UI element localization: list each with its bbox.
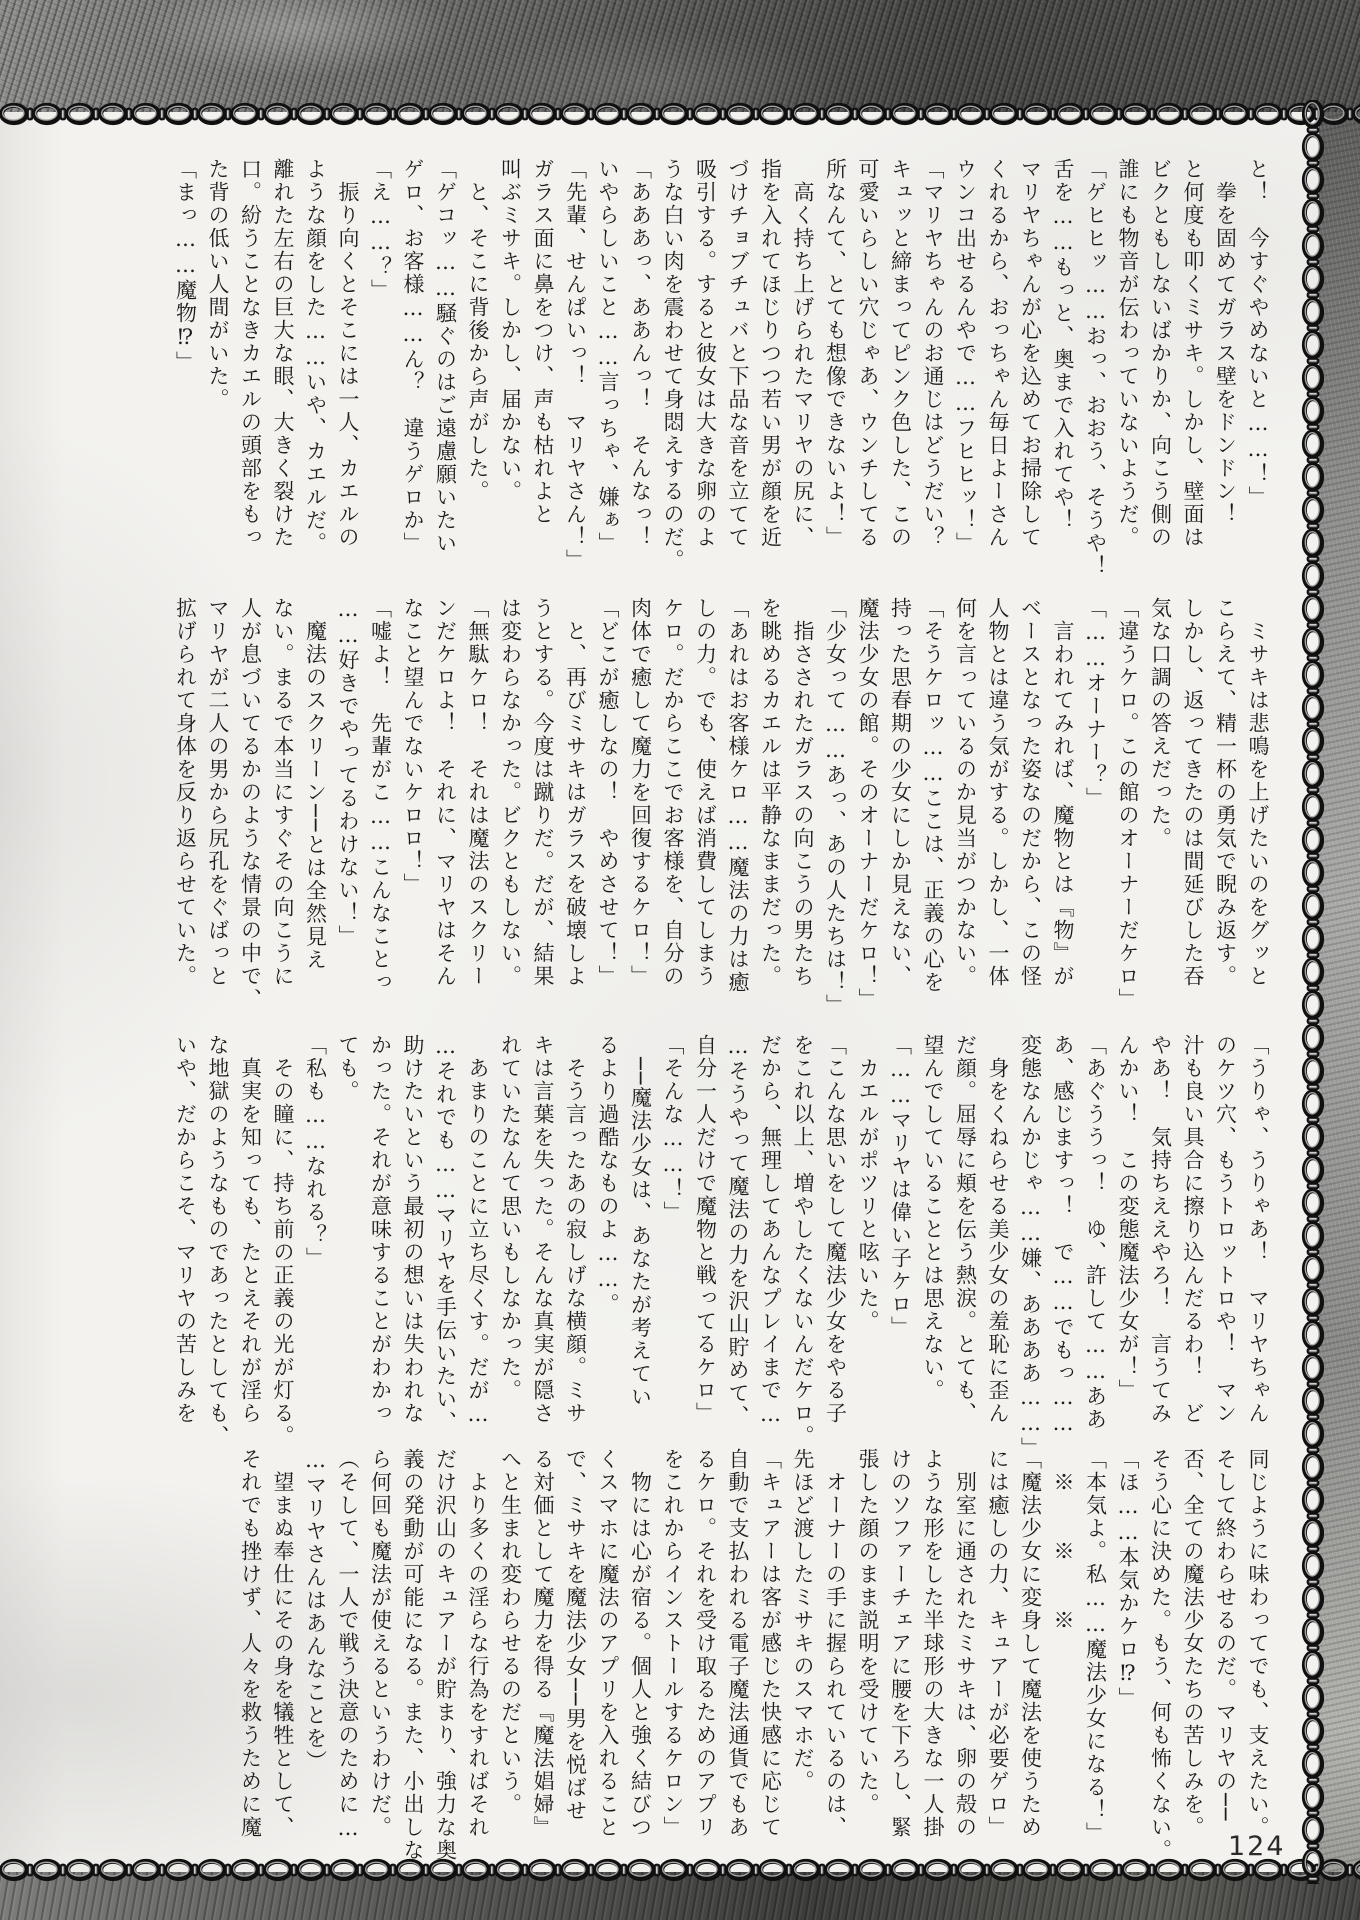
text-column: …それでも……マリヤを手伝いたい、: [429, 1034, 462, 1454]
text-column: ンだケロよ！ それに、マリヤはそん: [429, 597, 462, 1017]
text-column: と何度も叩くミサキ。しかし、壁面は: [1177, 158, 1210, 578]
text-column: 「嘘よ！ 先輩がこ……こんなことっ: [364, 597, 397, 1017]
dash-rule: ──: [304, 804, 328, 833]
chain-border-top-icon: [0, 100, 1360, 128]
dash-rule: ──: [629, 1057, 653, 1086]
text-column: （そして、一人で戦う決意のために…: [332, 1448, 365, 1868]
text-column: 人物とは違う気がする。しかし、一体: [982, 597, 1015, 1017]
text-column: 「マリヤちゃんのお通じはどうだい？: [917, 158, 950, 578]
text-column: 先ほど渡したミサキのスマホだ。: [787, 1448, 820, 1868]
text-column: 別室に通されたミサキは、卵の殻の: [949, 1448, 982, 1868]
text-column: …そうやって魔法の力を沢山貯めて、: [722, 1034, 755, 1454]
text-column: 自分一人だけで魔物と戦ってるケロ」: [689, 1034, 722, 1454]
text-column: 同じように味わってでも、支えたい。: [1242, 1448, 1275, 1868]
text-column: うな白い肉を震わせて身悶えするのだ。: [657, 158, 690, 578]
text-column: で、ミサキを魔法少女──男を悦ばせ: [559, 1448, 592, 1868]
text-column: ベースとなった姿なのだから、この怪: [1014, 597, 1047, 1017]
text-column: 望んでしていることとは思えない。: [917, 1034, 950, 1454]
text-column: 義の発動が可能になる。また、小出しな: [397, 1448, 430, 1868]
text-column: 「え……？」: [364, 158, 397, 578]
text-column: 舌を……もっと、奥まで入れてや！: [1047, 158, 1080, 578]
dash-rule: ──: [1214, 1793, 1238, 1822]
text-column: 離れた左右の巨大な眼、大きく裂けた: [267, 158, 300, 578]
text-column: マリヤちゃんが心を込めてお掃除して: [1014, 158, 1047, 578]
text-column: かった。それが意味することがわかっ: [364, 1034, 397, 1454]
text-column: その瞳に、持ち前の正義の光が灯る。: [267, 1034, 300, 1454]
text-column: 変態なんかじゃ……嫌、ああああ……」: [1014, 1034, 1047, 1454]
text-column: 助けたいという最初の想いは失われな: [397, 1034, 430, 1454]
text-column: 「魔法少女に変身して魔法を使うため: [1014, 1448, 1047, 1868]
text-column: ガラス面に鼻をつけ、声も枯れよと: [527, 158, 560, 578]
text-column: ケロ。だからここでお客様を、自分の: [657, 597, 690, 1017]
text-column: ビクともしないばかりか、向こう側の: [1144, 158, 1177, 578]
text-column: 「あああっ、ああんっ！ そんなっ！: [624, 158, 657, 578]
text-column: ※ ※ ※: [1047, 1448, 1080, 1868]
text-column: 魔法少女の館。そのオーナーだケロ！」: [852, 597, 885, 1017]
text-column: キは言葉を失った。そんな真実が隠さ: [527, 1034, 560, 1454]
text-column: 「本気よ。私……魔法少女になる！」: [1079, 1448, 1112, 1868]
text-column: こらえて、精一杯の勇気で睨み返す。: [1209, 597, 1242, 1017]
text-column: をこれからインストールするケロン」: [657, 1448, 690, 1868]
dash-rule: ──: [564, 1678, 588, 1707]
text-column: より多くの淫らな行為をすればそれ: [462, 1448, 495, 1868]
text-column: 「私も……なれる？」: [299, 1034, 332, 1454]
text-column: 魔法のスクリーン──とは全然見え: [299, 597, 332, 1017]
text-column: けのソファーチェアに腰を下ろし、緊: [884, 1448, 917, 1868]
text-column: それでも挫けず、人々を救うために魔: [234, 1448, 267, 1868]
text-column: 「違うケロ。この館のオーナーだケロ」: [1112, 597, 1145, 1017]
book-page: と！ 今すぐやめないと……！」 拳を固めてガラス壁をドンドン！と何度も叩くミサキ…: [0, 0, 1360, 1920]
page-number: 124: [1228, 1831, 1286, 1862]
text-column: 叫ぶミサキ。しかし、届かない。: [494, 158, 527, 578]
text-column: 「……マリヤは偉い子ケロ」: [884, 1034, 917, 1454]
text-column: づけチョブチュバと下品な音を立てて: [722, 158, 755, 578]
text-column: のケツ穴、もうトロットロや！ マン: [1209, 1034, 1242, 1454]
text-column: くれるから、おっちゃん毎日よーさん: [982, 158, 1015, 578]
text-column: 「あぐううっ！ ゆ、許して……ああ: [1079, 1034, 1112, 1454]
text-column: た背の低い人間がいた。: [202, 158, 235, 578]
text-column: んかい！ この変態魔法少女が！」: [1112, 1034, 1145, 1454]
text-column: るより過酷なものよ……。: [592, 1034, 625, 1454]
chain-border-right-icon: [1299, 100, 1327, 1884]
text-column: やあ！ 気持ちええやろ！ 言うてみ: [1144, 1034, 1177, 1454]
text-column: そして終わらせるのだ。マリヤの──: [1209, 1448, 1242, 1868]
text-column: なこと望んでないケロロ！」: [397, 597, 430, 1017]
text-column: しかし、返ってきたのは間延びした吞: [1177, 597, 1210, 1017]
text-column: 何を言っているのか見当がつかない。: [949, 597, 982, 1017]
text-column: 「そうケロッ……ここは、正義の心を: [917, 597, 950, 1017]
text-column: あまりのことに立ち尽くす。だが…: [462, 1034, 495, 1454]
text-column: と、そこに背後から声がした。: [462, 158, 495, 578]
text-column: オーナーの手に握られているのは、: [819, 1448, 852, 1868]
text-column: あ、感じますっ！ で……でもっ……: [1047, 1034, 1080, 1454]
text-column: 持った思春期の少女にしか見えない、: [884, 597, 917, 1017]
text-column: と！ 今すぐやめないと……！」: [1242, 158, 1275, 578]
text-column: 「どこが癒しなの！ やめさせて！」: [592, 597, 625, 1017]
text-column: しの力。でも、使えば消費してしまう: [689, 597, 722, 1017]
text-column: だけ沢山のキュアーが貯まり、強力な奥: [429, 1448, 462, 1868]
text-column: 「まっ……魔物⁉」: [169, 158, 202, 578]
text-column: れていたなんて思いもしなかった。: [494, 1034, 527, 1454]
text-band-1: と！ 今すぐやめないと……！」 拳を固めてガラス壁をドンドン！と何度も叩くミサキ…: [168, 158, 1274, 578]
text-column: へと生まれ変わらせるのだという。: [494, 1448, 527, 1868]
text-column: ような形をした半球形の大きな一人掛: [917, 1448, 950, 1868]
text-column: 物には心が宿る。個人と強く結びつ: [624, 1448, 657, 1868]
text-column: 肉体で癒して魔力を回復するケロ！」: [624, 597, 657, 1017]
text-column: には癒しの力、キュアーが必要ゲロ」: [982, 1448, 1015, 1868]
text-band-2: ミサキは悲鳴を上げたいのをグッとこらえて、精一杯の勇気で睨み返す。しかし、返って…: [168, 597, 1274, 1017]
text-column: 「少女って……あっ、あの人たちは！」: [819, 597, 852, 1017]
text-column: 「ゲヒヒッ……おっ、おおう、そうや！: [1079, 158, 1112, 578]
text-column: 拳を固めてガラス壁をドンドン！: [1209, 158, 1242, 578]
text-column: 否、全ての魔法少女たちの苦しみを。: [1177, 1448, 1210, 1868]
text-column: くスマホに魔法のアプリを入れること: [592, 1448, 625, 1868]
text-column: 指を入れてほじりつつ若い男が顔を近: [754, 158, 787, 578]
text-column: カエルがポツリと呟いた。: [852, 1034, 885, 1454]
text-column: 誰にも物音が伝わっていないようだ。: [1112, 158, 1145, 578]
text-column: 可愛いらしい穴じゃあ、ウンチしてる: [852, 158, 885, 578]
text-column: ゲロ、お客様……ん？ 違うゲロか」: [397, 158, 430, 578]
text-column: そう心に決めた。もう、何も怖くない。: [1144, 1448, 1177, 1868]
text-column: …マリヤさんはあんなことを）: [299, 1448, 332, 1868]
text-column: 汁も良い具合に擦り込んだるわ！ ど: [1177, 1034, 1210, 1454]
background-texture-top: [0, 0, 1360, 112]
text-column: 高く持ち上げられたマリヤの尻に、: [787, 158, 820, 578]
text-column: そう言ったあの寂しげな横顔。ミサ: [559, 1034, 592, 1454]
text-column: 「ゲコッ……騒ぐのはご遠慮願いたい: [429, 158, 462, 578]
text-column: 指さされたガラスの向こうの男たち: [787, 597, 820, 1017]
text-column: 身をくねらせる美少女の羞恥に歪ん: [982, 1034, 1015, 1454]
text-column: だから、無理してあんなプレイまで…: [754, 1034, 787, 1454]
text-column: マリヤが二人の男から尻孔をぐばっと: [202, 597, 235, 1017]
text-column: いやらしいこと……言っちゃ、嫌ぁ」: [592, 158, 625, 578]
text-band-4: 同じように味わってでも、支えたい。そして終わらせるのだ。マリヤの──否、全ての魔…: [168, 1448, 1274, 1868]
text-column: だ顔。屈辱に頬を伝う熱涙。とても、: [949, 1034, 982, 1454]
text-column: 「うりゃ、うりゃあ！ マリヤちゃん: [1242, 1034, 1275, 1454]
text-column: ──魔法少女は、あなたが考えてい: [624, 1034, 657, 1454]
text-column: 望まぬ奉仕にその身を犠牲として、: [267, 1448, 300, 1868]
text-column: を眺めるカエルは平静なままだった。: [754, 597, 787, 1017]
text-column: キュッと締まってピンク色した、この: [884, 158, 917, 578]
text-column: 口。紛うことなきカエルの頭部をもっ: [234, 158, 267, 578]
text-column: 真実を知っても、たとえそれが淫ら: [234, 1034, 267, 1454]
text-column: 「そんな……！」: [657, 1034, 690, 1454]
text-column: 「無駄ケロ！ それは魔法のスクリー: [462, 597, 495, 1017]
text-column: 「先輩、せんぱいっ！ マリヤさん！」: [559, 158, 592, 578]
text-column: は変わらなかった。ビクともしない。: [494, 597, 527, 1017]
text-column: ウンコ出せるんやで……フヒヒッ！」: [949, 158, 982, 578]
text-column: ……好きでやってるわけない！」: [332, 597, 365, 1017]
text-column: 「こんな思いをして魔法少女をやる子: [819, 1034, 852, 1454]
text-column: るケロ。それを受け取るためのアプリ: [689, 1448, 722, 1868]
text-column: る対価として魔力を得る『魔法娼婦』: [527, 1448, 560, 1868]
text-column: ない。まるで本当にすぐその向こうに: [267, 597, 300, 1017]
text-column: ような顔をした……いや、カエルだ。: [299, 158, 332, 578]
text-column: うとする。今度は蹴りだ。だが、結果: [527, 597, 560, 1017]
text-band-3: 「うりゃ、うりゃあ！ マリヤちゃんのケツ穴、もうトロットロや！ マン汁も良い具合…: [168, 1034, 1274, 1454]
text-column: ら何回も魔法が使えるというわけだ。: [364, 1448, 397, 1868]
text-column: 吸引する。すると彼女は大きな卵のよ: [689, 158, 722, 578]
text-column: ミサキは悲鳴を上げたいのをグッと: [1242, 597, 1275, 1017]
text-column: 人が息づいてるかのような情景の中で、: [234, 597, 267, 1017]
text-column: 言われてみれば、魔物とは『物』が: [1047, 597, 1080, 1017]
text-column: 所なんて、とても想像できないよ！」: [819, 158, 852, 578]
text-column: 振り向くとそこには一人、カエルの: [332, 158, 365, 578]
text-column: 拡げられて身体を反り返らせていた。: [169, 597, 202, 1017]
text-column: 「ほ……本気かケロ⁉」: [1112, 1448, 1145, 1868]
text-column: 自動で支払われる電子魔法通貨でもあ: [722, 1448, 755, 1868]
text-column: と、再びミサキはガラスを破壊しよ: [559, 597, 592, 1017]
text-column: 張した顔のまま説明を受けていた。: [852, 1448, 885, 1868]
text-column: 気な口調の答えだった。: [1144, 597, 1177, 1017]
text-column: ても。: [332, 1034, 365, 1454]
text-column: いや、だからこそ、マリヤの苦しみを: [169, 1034, 202, 1454]
text-column: 「あれはお客様ケロ……魔法の力は癒: [722, 597, 755, 1017]
text-column: 「キュアーは客が感じた快感に応じて: [754, 1448, 787, 1868]
text-column: な地獄のようなものであったとしても、: [202, 1034, 235, 1454]
text-column: 「……オーナー？」: [1079, 597, 1112, 1017]
text-column: をこれ以上、増やしたくないんだケロ。: [787, 1034, 820, 1454]
